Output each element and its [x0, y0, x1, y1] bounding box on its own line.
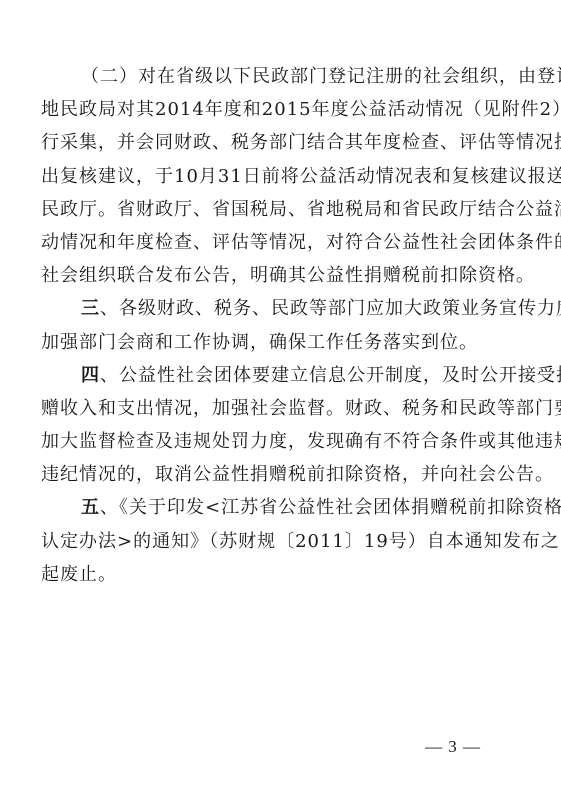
text-line: 加强部门会商和工作协调，确保工作任务落实到位。	[41, 326, 521, 359]
section-number: 三	[81, 298, 100, 319]
text-line: 加大监督检查及违规处罚力度，发现确有不符合条件或其他违规	[41, 425, 521, 458]
text-line: （二）对在省级以下民政部门登记注册的社会组织，由登记	[41, 60, 521, 93]
text-line: 动情况和年度检查、评估等情况，对符合公益性社会团体条件的	[41, 226, 521, 259]
text-line: 民政厅。省财政厅、省国税局、省地税局和省民政厅结合公益活	[41, 193, 521, 226]
text-line: 行采集，并会同财政、税务部门结合其年度检查、评估等情况提	[41, 126, 521, 159]
text-line: 出复核建议，于10月31日前将公益活动情况表和复核建议报送省	[41, 160, 521, 193]
section-number: 四	[81, 365, 100, 386]
text-line: 五、《关于印发<江苏省公益性社会团体捐赠税前扣除资格	[41, 491, 521, 524]
text-line: 社会组织联合发布公告，明确其公益性捐赠税前扣除资格。	[41, 259, 521, 292]
text-segment: 、公益性社会团体要建立信息公开制度，及时公开接受捐	[100, 365, 561, 386]
text-line: 起废止。	[41, 558, 521, 591]
document-page: （二）对在省级以下民政部门登记注册的社会组织，由登记 地民政局对其2014年度和…	[0, 0, 561, 800]
text-line: 地民政局对其2014年度和2015年度公益活动情况（见附件2）进	[41, 93, 521, 126]
paragraph-two-sub: （二）对在省级以下民政部门登记注册的社会组织，由登记 地民政局对其2014年度和…	[41, 60, 521, 292]
text-segment: 、《关于印发<江苏省公益性社会团体捐赠税前扣除资格	[100, 497, 561, 518]
document-body: （二）对在省级以下民政部门登记注册的社会组织，由登记 地民政局对其2014年度和…	[41, 60, 521, 591]
page-number: — 3 —	[425, 737, 481, 757]
paragraph-four: 四、公益性社会团体要建立信息公开制度，及时公开接受捐 赠收入和支出情况，加强社会…	[41, 359, 521, 492]
text-line: 赠收入和支出情况，加强社会监督。财政、税务和民政等部门要	[41, 392, 521, 425]
text-line: 认定办法>的通知》（苏财规〔2011〕19号）自本通知发布之日	[41, 525, 521, 558]
paragraph-three: 三、各级财政、税务、民政等部门应加大政策业务宣传力度， 加强部门会商和工作协调，…	[41, 292, 521, 358]
section-number: 五	[81, 497, 100, 518]
paragraph-five: 五、《关于印发<江苏省公益性社会团体捐赠税前扣除资格 认定办法>的通知》（苏财规…	[41, 491, 521, 591]
text-line: 三、各级财政、税务、民政等部门应加大政策业务宣传力度，	[41, 292, 521, 325]
text-line: 四、公益性社会团体要建立信息公开制度，及时公开接受捐	[41, 359, 521, 392]
text-segment: 、各级财政、税务、民政等部门应加大政策业务宣传力度，	[100, 298, 561, 319]
text-line: 违纪情况的，取消公益性捐赠税前扣除资格，并向社会公告。	[41, 458, 521, 491]
